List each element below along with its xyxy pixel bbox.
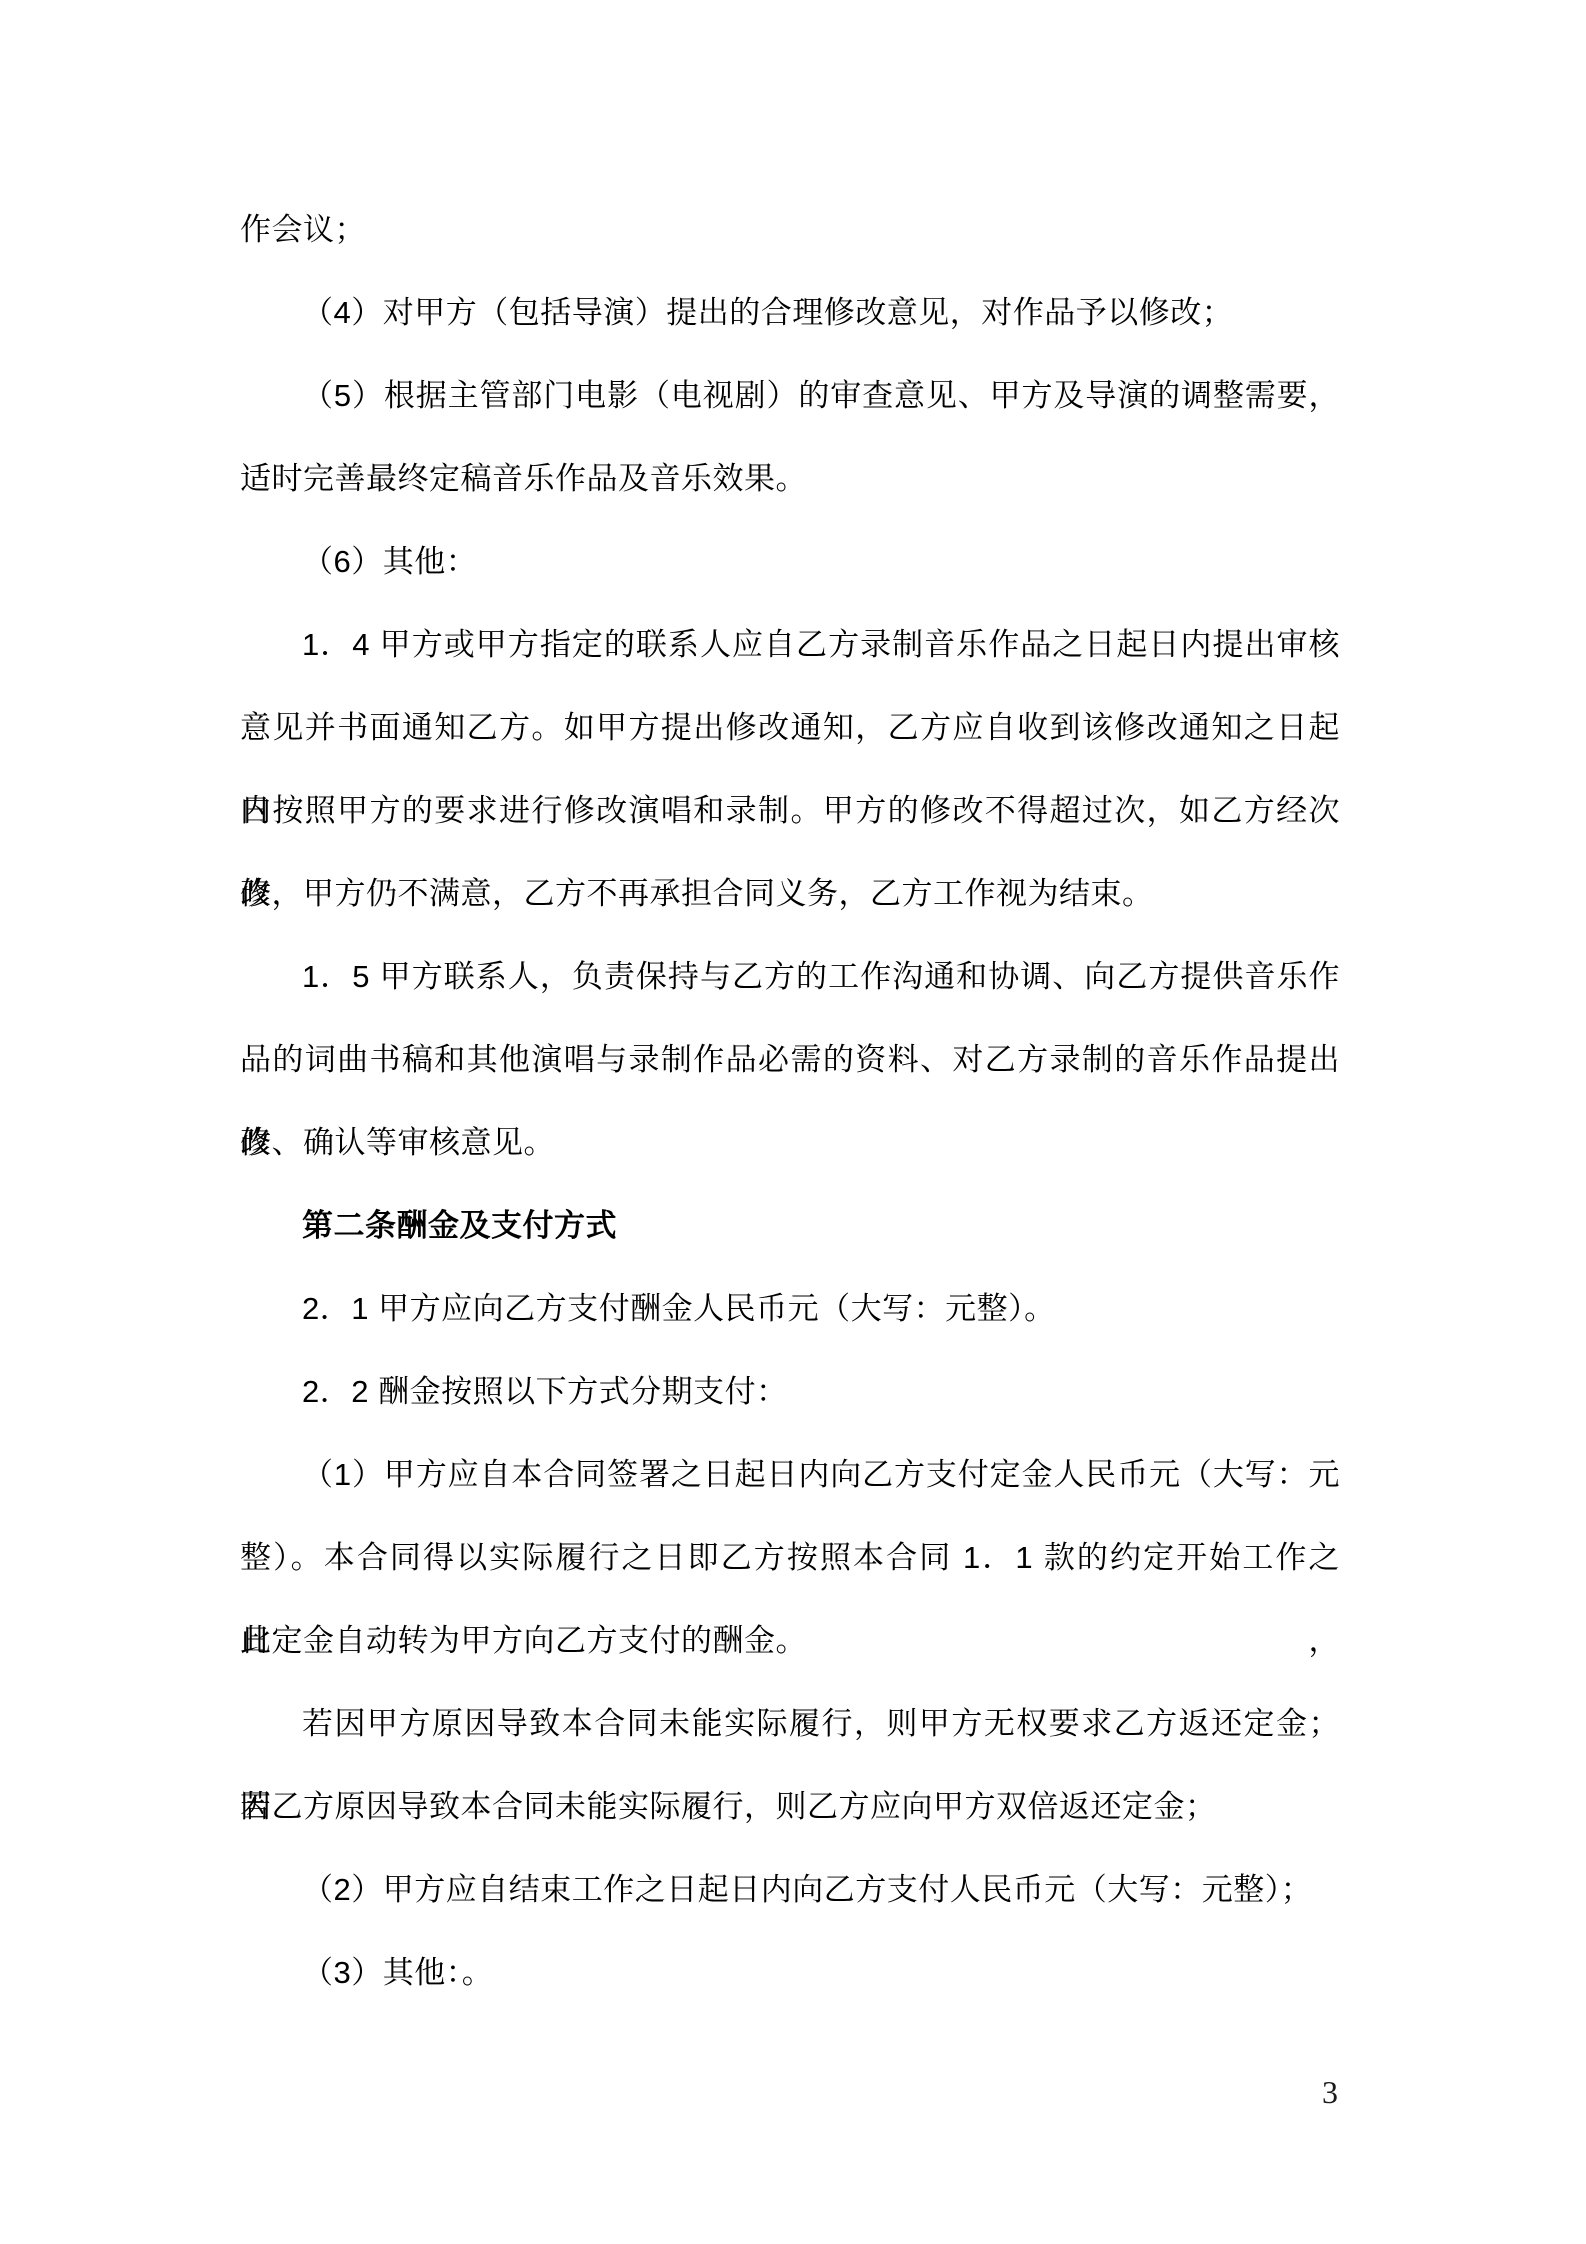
page-number: 3 [1322, 2072, 1362, 2112]
contract-line: 意见并书面通知乙方。如甲方提出修改通知，乙方应自收到该修改通知之日起日 [240, 686, 1340, 769]
contract-line: 品的词曲书稿和其他演唱与录制作品必需的资料、对乙方录制的音乐作品提出修 [240, 1018, 1340, 1101]
contract-line: 因乙方原因导致本合同未能实际履行，则乙方应向甲方双倍返还定金； [240, 1765, 1340, 1848]
contract-line: 整）。本合同得以实际履行之日即乙方按照本合同 1．1 款的约定开始工作之日， [240, 1516, 1340, 1599]
contract-line: （1）甲方应自本合同签署之日起日内向乙方支付定金人民币元（大写：元 [240, 1433, 1340, 1516]
contract-line: 改、确认等审核意见。 [240, 1101, 1340, 1184]
contract-line: 内按照甲方的要求进行修改演唱和录制。甲方的修改不得超过次，如乙方经次修 [240, 769, 1340, 852]
contract-line: 改，甲方仍不满意，乙方不再承担合同义务，乙方工作视为结束。 [240, 852, 1340, 935]
contract-line: 1．4 甲方或甲方指定的联系人应自乙方录制音乐作品之日起日内提出审核 [240, 603, 1340, 686]
contract-text-block: 作会议； （4）对甲方（包括导演）提出的合理修改意见，对作品予以修改； （5）根… [240, 188, 1340, 2014]
contract-line: 适时完善最终定稿音乐作品及音乐效果。 [240, 437, 1340, 520]
contract-line: （3）其他：。 [240, 1931, 1340, 2014]
contract-line: 2．1 甲方应向乙方支付酬金人民币元（大写：元整）。 [240, 1267, 1340, 1350]
contract-line: （5）根据主管部门电影（电视剧）的审查意见、甲方及导演的调整需要， [240, 354, 1340, 437]
contract-line: （2）甲方应自结束工作之日起日内向乙方支付人民币元（大写：元整）； [240, 1848, 1340, 1931]
contract-line: （4）对甲方（包括导演）提出的合理修改意见，对作品予以修改； [240, 271, 1340, 354]
contract-line: 若因甲方原因导致本合同未能实际履行，则甲方无权要求乙方返还定金；若 [240, 1682, 1340, 1765]
document-page: 作会议； （4）对甲方（包括导演）提出的合理修改意见，对作品予以修改； （5）根… [0, 0, 1586, 2244]
contract-line: 2．2 酬金按照以下方式分期支付： [240, 1350, 1340, 1433]
section-heading: 第二条酬金及支付方式 [240, 1184, 1340, 1267]
contract-line: （6）其他： [240, 520, 1340, 603]
contract-line: 作会议； [240, 188, 1340, 271]
contract-line: 1．5 甲方联系人，负责保持与乙方的工作沟通和协调、向乙方提供音乐作 [240, 935, 1340, 1018]
